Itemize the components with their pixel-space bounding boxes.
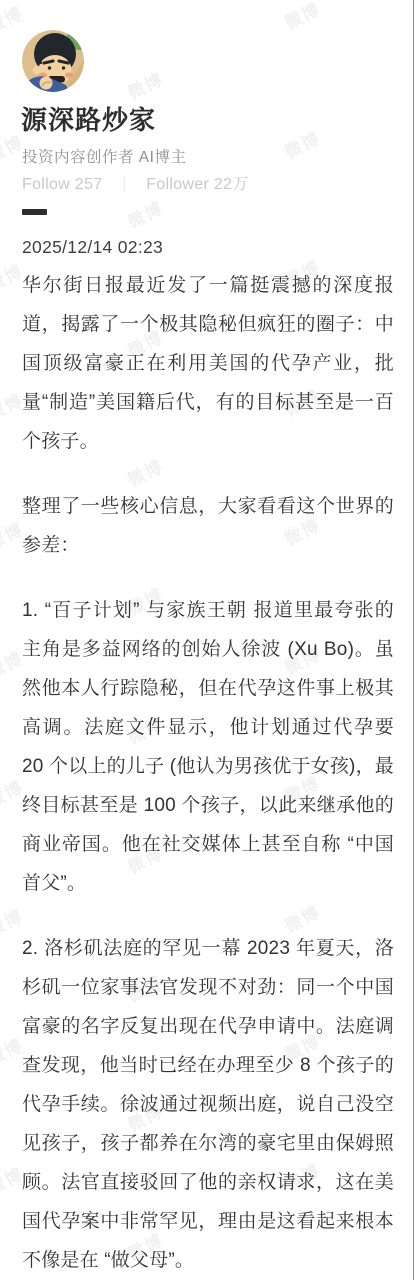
- weibo-watermark: 微博: [279, 0, 324, 34]
- username[interactable]: 源深路炒家: [21, 100, 156, 137]
- weibo-watermark: 微博: [279, 124, 324, 163]
- follow-stats: Follow 257 ｜ Follower 22万: [22, 171, 249, 194]
- collapsed-content-dash: [22, 209, 47, 215]
- follow-label[interactable]: Follow: [22, 176, 70, 193]
- post-paragraph: 2. 洛杉矶法庭的罕见一幕 2023 年夏天，洛杉矶一位家事法官发现不对劲：同一…: [22, 929, 394, 1280]
- follow-count[interactable]: 257: [75, 176, 103, 193]
- post-paragraph: 1. “百子计划” 与家族王朝 报道里最夸张的主角是多益网络的创始人徐波 (Xu…: [22, 591, 394, 903]
- profile-description: 投资内容创作者 AI博主: [22, 145, 186, 167]
- weibo-post-screenshot: 微博微博微博微博微博微博微博微博微博微博微博微博微博微博微博微博微博微博微博微博…: [0, 0, 418, 1280]
- post-paragraph: 整理了一些核心信息，大家看看这个世界的参差：: [22, 487, 394, 565]
- follower-label[interactable]: Follower: [146, 176, 209, 193]
- weibo-watermark: 微博: [122, 65, 167, 104]
- follower-count[interactable]: 22万: [214, 176, 249, 193]
- stats-separator: ｜: [116, 176, 132, 193]
- avatar-cartoon-man-illustration: [22, 30, 84, 92]
- post-body: 华尔街日报最近发了一篇挺震撼的深度报道，揭露了一个极其隐秘但疯狂的圈子：中国顶级…: [22, 266, 394, 1280]
- post-paragraph: 华尔街日报最近发了一篇挺震撼的深度报道，揭露了一个极其隐秘但疯狂的圈子：中国顶级…: [22, 266, 394, 461]
- post-timestamp: 2025/12/14 02:23: [22, 237, 163, 258]
- weibo-watermark: 微博: [122, 194, 167, 233]
- weibo-watermark: 微博: [0, 0, 28, 38]
- right-edge-line: [413, 0, 414, 1280]
- avatar[interactable]: [22, 30, 84, 92]
